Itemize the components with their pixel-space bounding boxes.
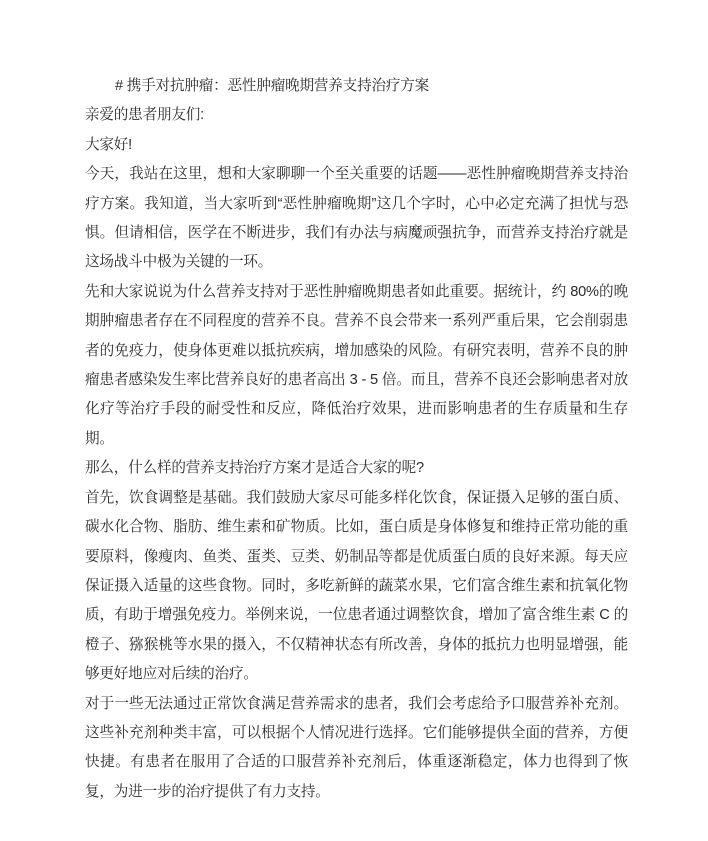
paragraph-question: 那么，什么样的营养支持治疗方案才是适合大家的呢? <box>85 454 628 483</box>
document-page: # 携手对抗肿瘤：恶性肿瘤晚期营养支持治疗方案 亲爱的患者朋友们: 大家好! 今… <box>0 0 708 841</box>
document-content: # 携手对抗肿瘤：恶性肿瘤晚期营养支持治疗方案 亲爱的患者朋友们: 大家好! 今… <box>85 72 628 807</box>
paragraph-greeting: 大家好! <box>85 131 628 160</box>
document-title: # 携手对抗肿瘤：恶性肿瘤晚期营养支持治疗方案 <box>85 72 628 101</box>
paragraph-importance: 先和大家说说为什么营养支持对于恶性肿瘤晚期患者如此重要。据统计，约 80%的晚期… <box>85 278 628 454</box>
paragraph-oral-supplements: 对于一些无法通过正常饮食满足营养需求的患者，我们会考虑给予口服营养补充剂。这些补… <box>85 690 628 808</box>
paragraph-salutation: 亲爱的患者朋友们: <box>85 101 628 130</box>
paragraph-intro: 今天，我站在这里，想和大家聊聊一个至关重要的话题——恶性肿瘤晚期营养支持治疗方案… <box>85 160 628 278</box>
paragraph-diet-adjustment: 首先，饮食调整是基础。我们鼓励大家尽可能多样化饮食，保证摄入足够的蛋白质、碳水化… <box>85 484 628 690</box>
